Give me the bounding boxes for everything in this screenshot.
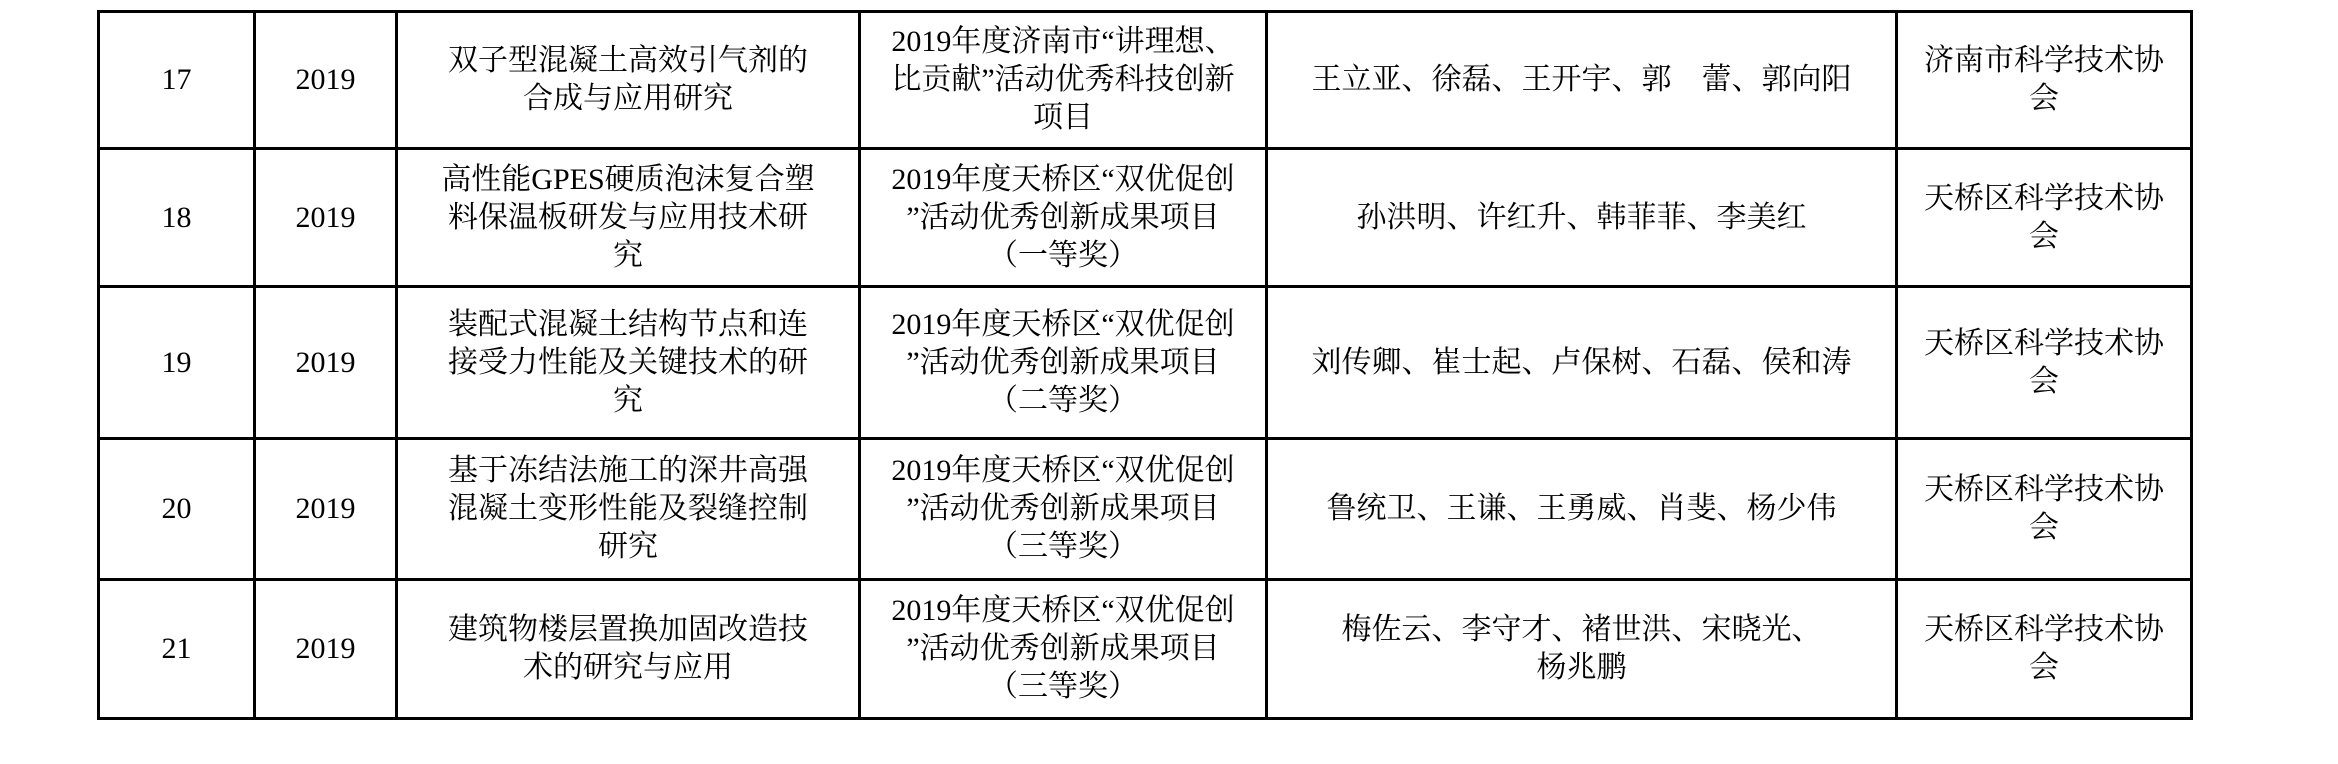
cell-members: 王立亚、徐磊、王开宇、郭 蕾、郭向阳 (1267, 12, 1897, 149)
cell-project-title: 基于冻结法施工的深井高强 混凝土变形性能及裂缝控制 研究 (397, 439, 860, 580)
cell-year: 2019 (255, 580, 397, 719)
cell-issuer: 天桥区科学技术协 会 (1897, 439, 2192, 580)
table-row: 20 2019 基于冻结法施工的深井高强 混凝土变形性能及裂缝控制 研究 201… (99, 439, 2192, 580)
cell-issuer: 天桥区科学技术协 会 (1897, 287, 2192, 439)
cell-members: 刘传卿、崔士起、卢保树、石磊、侯和涛 (1267, 287, 1897, 439)
cell-year: 2019 (255, 439, 397, 580)
cell-row-number: 17 (99, 12, 255, 149)
cell-project-title: 双子型混凝土高效引气剂的 合成与应用研究 (397, 12, 860, 149)
table-row: 17 2019 双子型混凝土高效引气剂的 合成与应用研究 2019年度济南市“讲… (99, 12, 2192, 149)
cell-members: 孙洪明、许红升、韩菲菲、李美红 (1267, 149, 1897, 287)
cell-year: 2019 (255, 149, 397, 287)
cell-year: 2019 (255, 287, 397, 439)
table-row: 19 2019 装配式混凝土结构节点和连 接受力性能及关键技术的研 究 2019… (99, 287, 2192, 439)
document-page: 17 2019 双子型混凝土高效引气剂的 合成与应用研究 2019年度济南市“讲… (0, 0, 2338, 764)
cell-project-title: 建筑物楼层置换加固改造技 术的研究与应用 (397, 580, 860, 719)
cell-award-name: 2019年度天桥区“双优促创 ”活动优秀创新成果项目 （二等奖） (860, 287, 1267, 439)
cell-members: 鲁统卫、王谦、王勇威、肖斐、杨少伟 (1267, 439, 1897, 580)
cell-project-title: 高性能GPES硬质泡沫复合塑 料保温板研发与应用技术研 究 (397, 149, 860, 287)
cell-award-name: 2019年度济南市“讲理想、 比贡献”活动优秀科技创新 项目 (860, 12, 1267, 149)
awards-table: 17 2019 双子型混凝土高效引气剂的 合成与应用研究 2019年度济南市“讲… (97, 10, 2193, 720)
cell-award-name: 2019年度天桥区“双优促创 ”活动优秀创新成果项目 （三等奖） (860, 439, 1267, 580)
table-row: 21 2019 建筑物楼层置换加固改造技 术的研究与应用 2019年度天桥区“双… (99, 580, 2192, 719)
cell-row-number: 18 (99, 149, 255, 287)
cell-year: 2019 (255, 12, 397, 149)
table-row: 18 2019 高性能GPES硬质泡沫复合塑 料保温板研发与应用技术研 究 20… (99, 149, 2192, 287)
cell-row-number: 19 (99, 287, 255, 439)
cell-row-number: 21 (99, 580, 255, 719)
cell-issuer: 天桥区科学技术协 会 (1897, 149, 2192, 287)
cell-issuer: 天桥区科学技术协 会 (1897, 580, 2192, 719)
cell-project-title: 装配式混凝土结构节点和连 接受力性能及关键技术的研 究 (397, 287, 860, 439)
cell-issuer: 济南市科学技术协 会 (1897, 12, 2192, 149)
cell-award-name: 2019年度天桥区“双优促创 ”活动优秀创新成果项目 （三等奖） (860, 580, 1267, 719)
cell-row-number: 20 (99, 439, 255, 580)
cell-award-name: 2019年度天桥区“双优促创 ”活动优秀创新成果项目 （一等奖） (860, 149, 1267, 287)
cell-members: 梅佐云、李守才、褚世洪、宋晓光、 杨兆鹏 (1267, 580, 1897, 719)
